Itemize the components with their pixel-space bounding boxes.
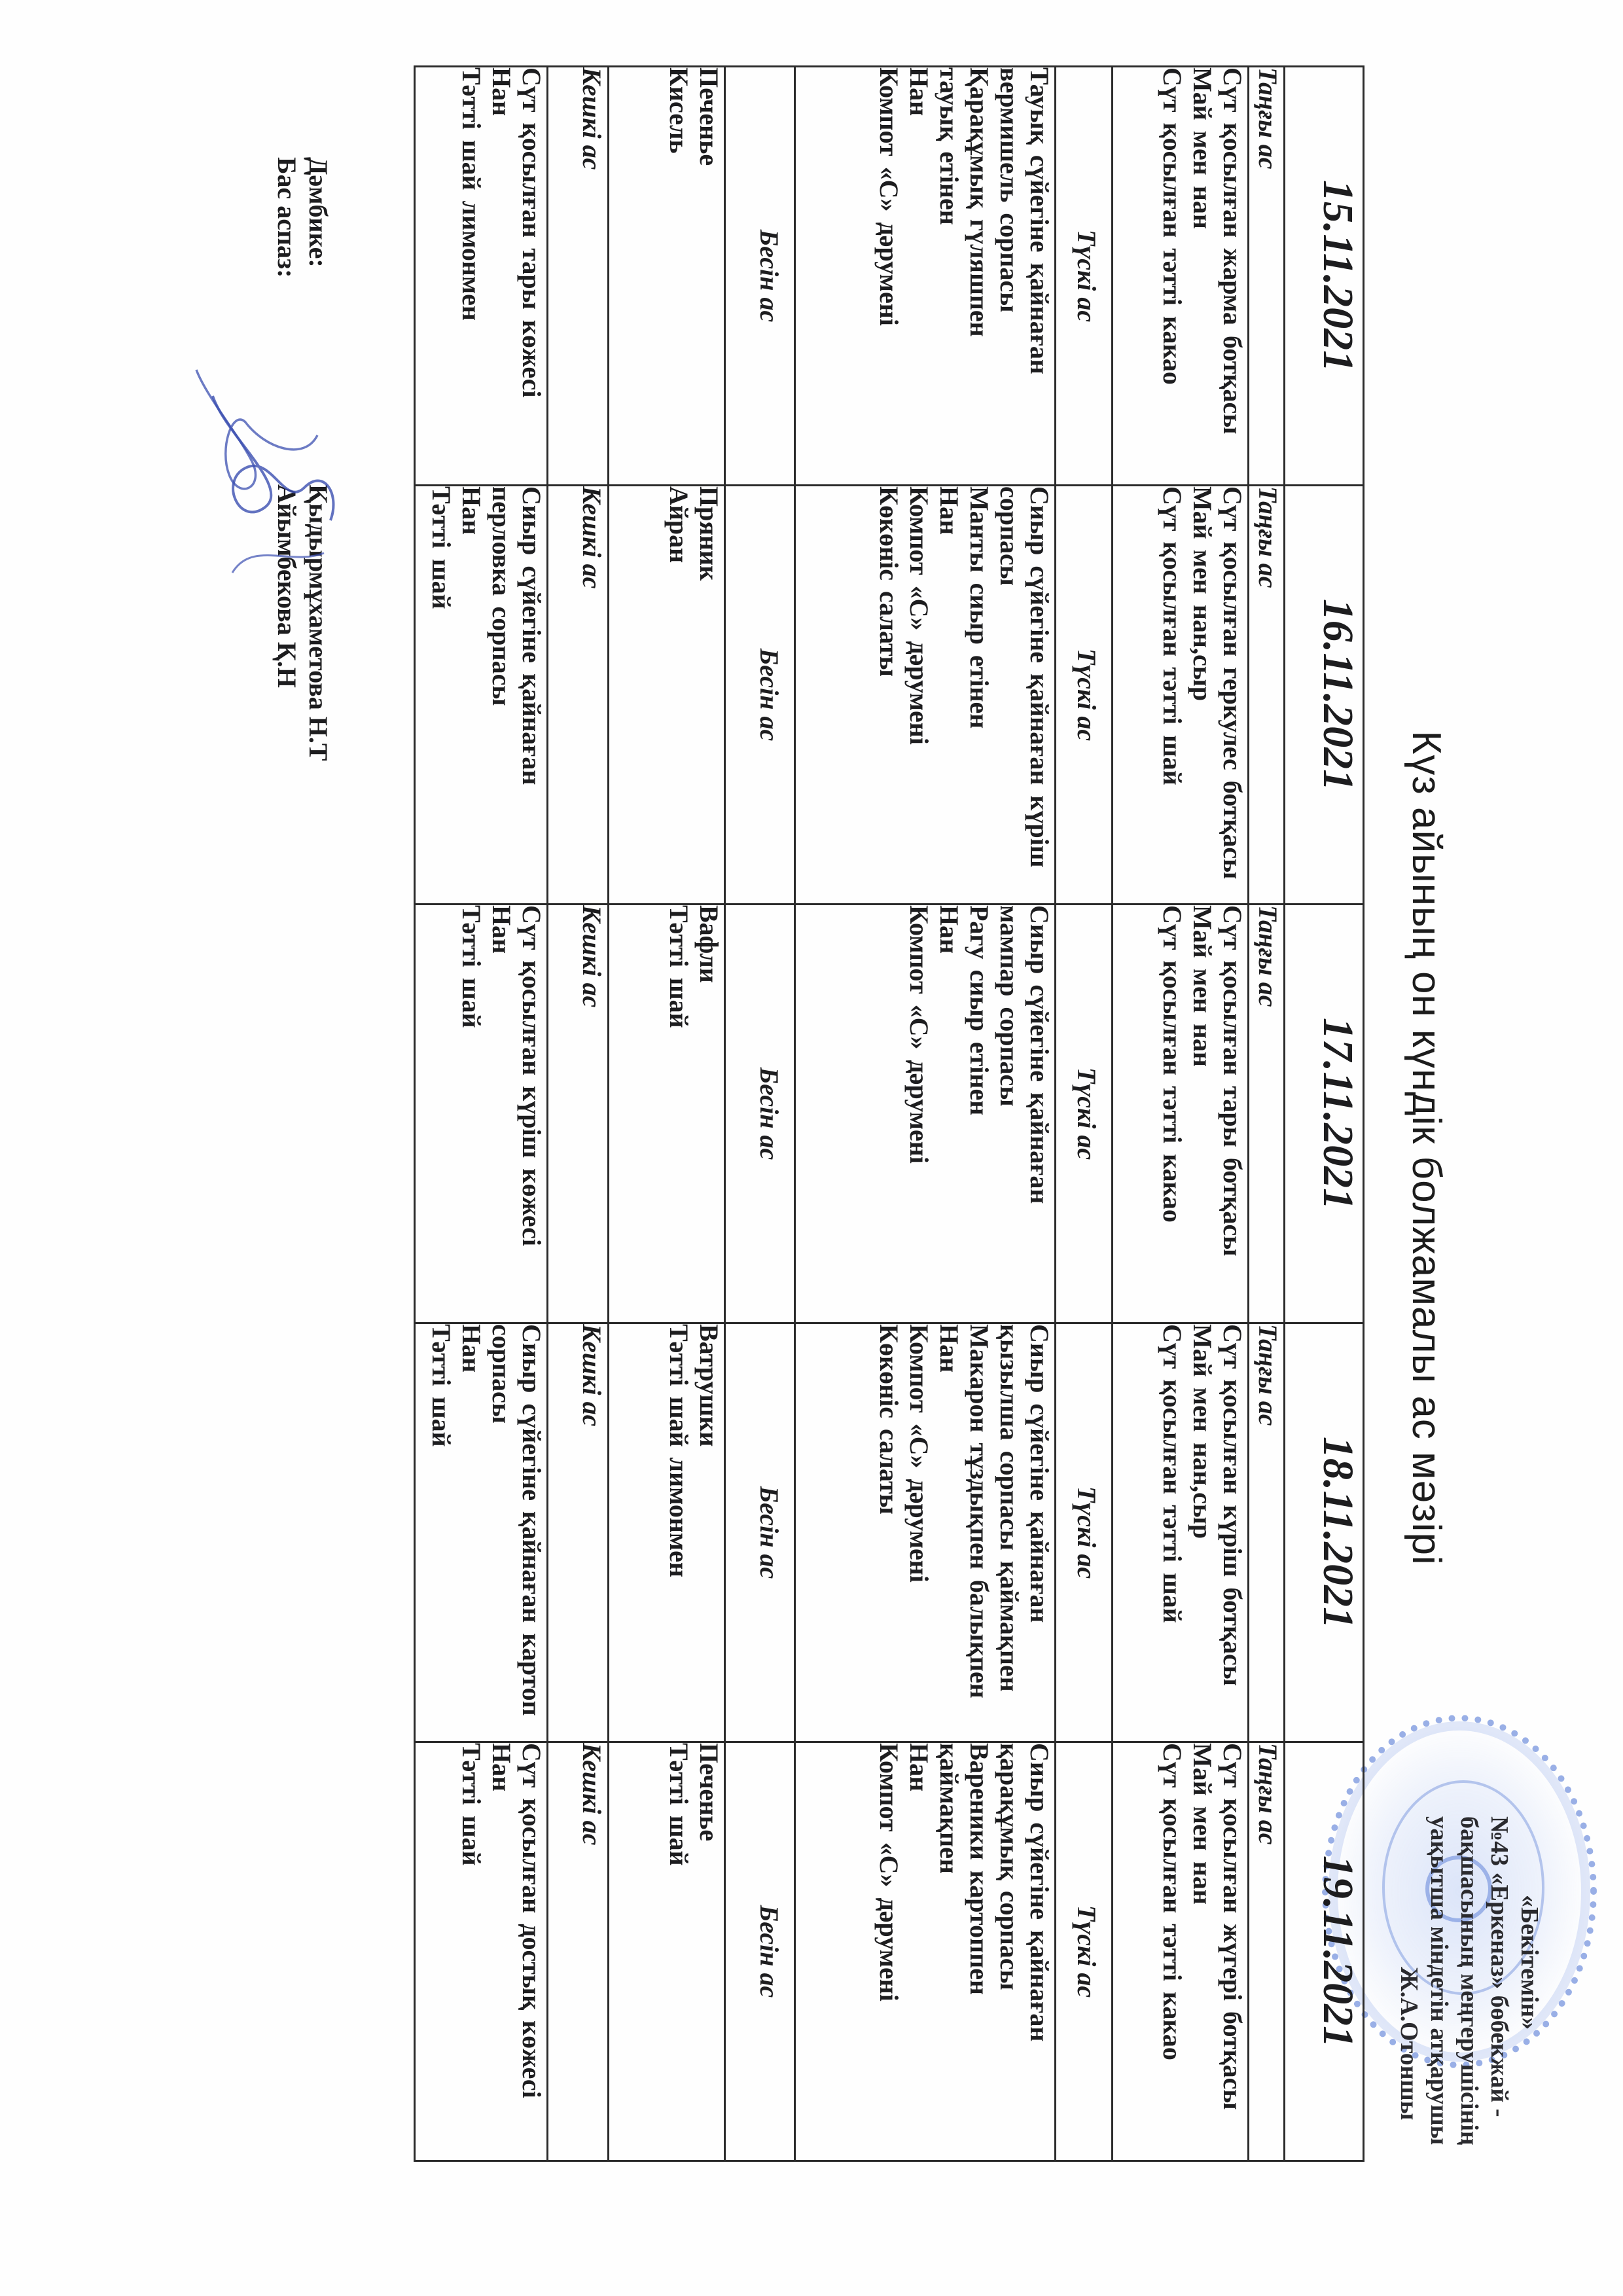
menu-item: Май мен нан,сыр (1187, 486, 1217, 903)
snack-items-cell: ВатрушкиТәтті шай лимонмен (609, 1323, 725, 1742)
approval-line: №43 «Еркеназ» бөбекжай - (1484, 1816, 1514, 2183)
menu-item: Тәтті шай лимонмен (664, 1324, 694, 1741)
signature-role: Бас аспаз: (271, 157, 302, 278)
lunch-label: Түскі ас (1056, 1323, 1113, 1742)
menu-item: Сүт қосылған тәтті шай (1157, 1324, 1187, 1741)
menu-item: Тәтті шай лимонмен (456, 67, 486, 484)
dinner-label: Кешкі ас (548, 905, 609, 1323)
menu-item: Сиыр сүйегіне қайнаған күріш (1024, 486, 1054, 903)
menu-item: Компот «С» дәрумені (904, 905, 934, 1322)
menu-item: Сүт қосылған тәтті какао (1157, 905, 1187, 1322)
menu-item: Сиыр сүйегіне қайнаған картоп (516, 1324, 546, 1741)
snack-label: Бесін ас (725, 905, 795, 1323)
menu-item: Макарон тұздықпен балықпен (964, 1324, 994, 1741)
menu-item: Сиыр сүйегіне қайнаған (1024, 1743, 1054, 2160)
menu-item: Рагу сиыр етінен (964, 905, 994, 1322)
menu-item: Сиыр сүйегіне қайнаған (516, 486, 546, 903)
menu-item: Тауық сүйегіне қайнаған (1024, 67, 1054, 484)
menu-item: қарақұмық сорпасы (994, 1743, 1024, 2160)
menu-item: Компот «С» дәрумені (904, 1324, 934, 1741)
date-header: 19.11.2021 (1285, 1742, 1364, 2161)
menu-item: Май мен нан (1187, 1743, 1217, 2160)
dinner-label: Кешкі ас (548, 1323, 609, 1742)
menu-item: Компот «С» дәрумені (904, 486, 934, 903)
menu-item: Айран (664, 486, 694, 903)
lunch-label: Түскі ас (1056, 486, 1113, 905)
breakfast-items-cell: Сүт қосылған геркулес ботқасыМай мен нан… (1113, 486, 1249, 905)
menu-item: Сиыр сүйегіне қайнаған (1024, 905, 1054, 1322)
date-header: 16.11.2021 (1285, 486, 1364, 905)
dinner-label-row: Кешкі асКешкі асКешкі асКешкі асКешкі ас (548, 67, 609, 2161)
menu-item: тауық етінен (934, 67, 964, 484)
menu-item: Нан (486, 1743, 516, 2160)
menu-item: Нан (934, 1324, 964, 1741)
menu-item: Сүт қосылған күріш көжесі (516, 905, 546, 1322)
breakfast-items-cell: Сүт қосылған тары ботқасыМай мен нанСүт … (1113, 905, 1249, 1323)
breakfast-items-cell: Сүт қосылған жүгері ботқасыМай мен нанСү… (1113, 1742, 1249, 2161)
menu-item: Пряник (694, 486, 724, 903)
menu-item: Компот «С» дәрумені (874, 67, 904, 484)
menu-item: Сүт қосылған жарма ботқасы (1217, 67, 1247, 484)
snack-items-row: ПеченьеКисельПряникАйранВафлиТәтті шайВа… (609, 67, 725, 2161)
snack-label: Бесін ас (725, 1323, 795, 1742)
document-title: Күз айының он күндік болжамалы ас мәзірі (1403, 0, 1450, 2296)
menu-item: Компот «С» дәрумені (874, 1743, 904, 2160)
menu-item: Сүт қосылған күріш ботқасы (1217, 1324, 1247, 1741)
dinner-items-cell: Сиыр сүйегіне қайнаған картопсорпасыНанТ… (415, 1323, 548, 1742)
breakfast-label: Таңғы ас (1249, 905, 1285, 1323)
date-header: 15.11.2021 (1285, 67, 1364, 486)
menu-item: Сүт қосылған тәтті какао (1157, 67, 1187, 484)
menu-item: Қарақұмық гүляшпен (964, 67, 994, 484)
breakfast-label: Таңғы ас (1249, 486, 1285, 905)
menu-item: Көкөніс салаты (874, 486, 904, 903)
lunch-items-cell: Тауық сүйегіне қайнағанвермишель сорпасы… (795, 67, 1056, 486)
dinner-label: Кешкі ас (548, 486, 609, 905)
breakfast-items-cell: Сүт қосылған жарма ботқасыМай мен нанСүт… (1113, 67, 1249, 486)
breakfast-label: Таңғы ас (1249, 1323, 1285, 1742)
menu-item: Тәтті шай (456, 1743, 486, 2160)
menu-document: «Бекітемін» №43 «Еркеназ» бөбекжай - бақ… (0, 0, 1623, 2296)
menu-item: Манты сиыр етінен (964, 486, 994, 903)
snack-items-cell: ПряникАйран (609, 486, 725, 905)
breakfast-items-cell: Сүт қосылған күріш ботқасыМай мен нан,сы… (1113, 1323, 1249, 1742)
snack-label: Бесін ас (725, 486, 795, 905)
menu-item: Сиыр сүйегіне қайнаған (1024, 1324, 1054, 1741)
menu-item: перловка сорпасы (486, 486, 516, 903)
menu-item: қаймақпен (934, 1743, 964, 2160)
menu-item: сорпасы (994, 486, 1024, 903)
menu-item: Тәтті шай (664, 905, 694, 1322)
menu-item: Нан (456, 1324, 486, 1741)
lunch-items-cell: Сиыр сүйегіне қайнағанмампар сорпасыРагу… (795, 905, 1056, 1323)
lunch-label-row: Түскі асТүскі асТүскі асТүскі асТүскі ас (1056, 67, 1113, 2161)
lunch-label: Түскі ас (1056, 905, 1113, 1323)
dinner-items-cell: Сүт қосылған күріш көжесіНанТәтті шай (415, 905, 548, 1323)
lunch-items-cell: Сиыр сүйегіне қайнағанқызылша сорпасы қа… (795, 1323, 1056, 1742)
menu-item: Кисель (664, 67, 694, 484)
menu-item: Май мен нан (1187, 67, 1217, 484)
menu-item: Нан (486, 905, 516, 1322)
date-header: 18.11.2021 (1285, 1323, 1364, 1742)
snack-label: Бесін ас (725, 67, 795, 486)
menu-item: Нан (904, 1743, 934, 2160)
menu-item: Тәтті шай (456, 905, 486, 1322)
menu-item: Нан (486, 67, 516, 484)
breakfast-label: Таңғы ас (1249, 67, 1285, 486)
date-header: 17.11.2021 (1285, 905, 1364, 1323)
menu-item: Ватрушки (694, 1324, 724, 1741)
dinner-items-cell: Сүт қосылған тары көжесіНанТәтті шай лим… (415, 67, 548, 486)
menu-item: Сүт қосылған тары ботқасы (1217, 905, 1247, 1322)
lunch-items-row: Тауық сүйегіне қайнағанвермишель сорпасы… (795, 67, 1056, 2161)
snack-label-row: Бесін асБесін асБесін асБесін асБесін ас (725, 67, 795, 2161)
menu-item: вермишель сорпасы (994, 67, 1024, 484)
dinner-items-row: Сүт қосылған тары көжесіНанТәтті шай лим… (415, 67, 548, 2161)
snack-items-cell: ПеченьеТәтті шай (609, 1742, 725, 2161)
menu-item: Нан (456, 486, 486, 903)
menu-item: Нан (934, 905, 964, 1322)
menu-item: қызылша сорпасы қаймақпен (994, 1324, 1024, 1741)
dinner-label: Кешкі ас (548, 1742, 609, 2161)
menu-item: Сүт қосылған тәтті какао (1157, 1743, 1187, 2160)
snack-label: Бесін ас (725, 1742, 795, 2161)
snack-items-cell: ВафлиТәтті шай (609, 905, 725, 1323)
lunch-label: Түскі ас (1056, 67, 1113, 486)
menu-item: Сүт қосылған тары көжесі (516, 67, 546, 484)
lunch-label: Түскі ас (1056, 1742, 1113, 2161)
menu-item: Вафли (694, 905, 724, 1322)
menu-item: Нан (934, 486, 964, 903)
handwritten-signature-icon (193, 357, 344, 645)
snack-items-cell: ПеченьеКисель (609, 67, 725, 486)
menu-table: 15.11.202116.11.202117.11.202118.11.2021… (414, 65, 1364, 2162)
menu-item: Май мен нан,сыр (1187, 1324, 1217, 1741)
menu-item: Тәтті шай (426, 486, 456, 903)
menu-item: Сүт қосылған жүгері ботқасы (1217, 1743, 1247, 2160)
menu-item: Май мен нан (1187, 905, 1217, 1322)
menu-item: Сүт қосылған геркулес ботқасы (1217, 486, 1247, 903)
date-header-row: 15.11.202116.11.202117.11.202118.11.2021… (1285, 67, 1364, 2161)
breakfast-items-row: Сүт қосылған жарма ботқасыМай мен нанСүт… (1113, 67, 1249, 2161)
approval-line: «Бекітемін» (1514, 1816, 1544, 2183)
menu-item: Тәтті шай (426, 1324, 456, 1741)
dinner-label: Кешкі ас (548, 67, 609, 486)
lunch-items-cell: Сиыр сүйегіне қайнағанқарақұмық сорпасыВ… (795, 1742, 1056, 2161)
dinner-items-cell: Сүт қосылған достық көжесіНанТәтті шай (415, 1742, 548, 2161)
menu-item: Сүт қосылған достық көжесі (516, 1743, 546, 2160)
menu-item: Вареники картоппен (964, 1743, 994, 2160)
menu-item: Печенье (694, 1743, 724, 2160)
menu-item: Нан (904, 67, 934, 484)
breakfast-label: Таңғы ас (1249, 1742, 1285, 2161)
approval-line: бақшасының меңгерушісінің (1454, 1816, 1484, 2183)
dinner-items-cell: Сиыр сүйегіне қайнағанперловка сорпасыНа… (415, 486, 548, 905)
menu-item: мампар сорпасы (994, 905, 1024, 1322)
menu-item: сорпасы (486, 1324, 516, 1741)
menu-item: Сүт қосылған тәтті шай (1157, 486, 1187, 903)
menu-item: Печенье (694, 67, 724, 484)
breakfast-label-row: Таңғы асТаңғы асТаңғы асТаңғы асТаңғы ас (1249, 67, 1285, 2161)
signature-role: Дәмбике: (302, 157, 334, 268)
lunch-items-cell: Сиыр сүйегіне қайнаған күрішсорпасыМанты… (795, 486, 1056, 905)
menu-item: Тәтті шай (664, 1743, 694, 2160)
menu-item: Көкөніс салаты (874, 1324, 904, 1741)
